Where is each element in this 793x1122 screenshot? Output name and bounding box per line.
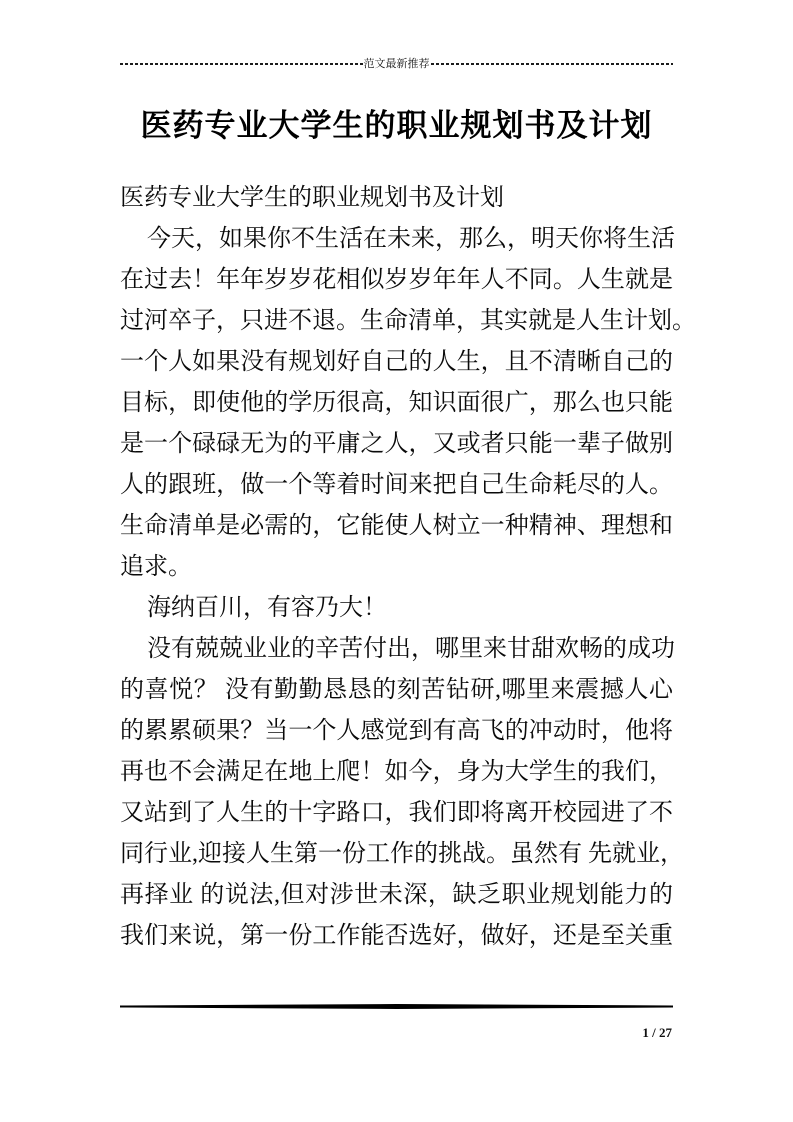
document-body: 医药专业大学生的职业规划书及计划今天，如果你不生活在未来，那么，明天你将生活在过…: [120, 178, 673, 957]
header-label: 范文最新推荐: [363, 57, 431, 71]
header-dash-line-left: [120, 63, 363, 65]
body-line: 的累累硕果？当一个人感觉到有高飞的冲动时，他将: [120, 711, 673, 752]
body-line: 在过去！年年岁岁花相似岁岁年年人不同。人生就是: [120, 260, 673, 301]
body-line: 我们来说，第一份工作能否选好，做好，还是至关重: [120, 916, 673, 957]
body-line: 过河卒子，只进不退。生命清单，其实就是人生计划。: [120, 301, 673, 342]
body-line: 生命清单是必需的，它能使人树立一种精神、理想和: [120, 506, 673, 547]
footer-rule-line: [120, 1004, 673, 1009]
body-line: 是一个碌碌无为的平庸之人，又或者只能一辈子做别: [120, 424, 673, 465]
body-line: 人的跟班，做一个等着时间来把自己生命耗尽的人。: [120, 465, 673, 506]
body-line: 医药专业大学生的职业规划书及计划: [120, 178, 673, 219]
body-line: 今天，如果你不生活在未来，那么，明天你将生活: [120, 219, 673, 260]
body-line: 追求。: [120, 547, 673, 588]
header-dash-line-right: [431, 63, 674, 65]
document-page: 范文最新推荐 医药专业大学生的职业规划书及计划 医药专业大学生的职业规划书及计划…: [0, 0, 793, 1122]
document-title: 医药专业大学生的职业规划书及计划: [60, 105, 733, 147]
body-line: 又站到了人生的十字路口，我们即将离开校园进了不: [120, 793, 673, 834]
body-line: 一个人如果没有规划好自己的人生，且不清晰自己的: [120, 342, 673, 383]
body-line: 海纳百川，有容乃大！: [120, 588, 673, 629]
page-header: 范文最新推荐: [120, 54, 673, 74]
body-line: 目标，即使他的学历很高，知识面很广，那么也只能: [120, 383, 673, 424]
body-line: 再择业 的说法,但对涉世未深，缺乏职业规划能力的: [120, 875, 673, 916]
page-number: 1 / 27: [642, 1025, 672, 1041]
body-line: 再也不会满足在地上爬！如今，身为大学生的我们，: [120, 752, 673, 793]
body-line: 没有兢兢业业的辛苦付出，哪里来甘甜欢畅的成功: [120, 629, 673, 670]
body-line: 同行业,迎接人生第一份工作的挑战。虽然有 先就业，: [120, 834, 673, 875]
body-line: 的喜悦？ 没有勤勤恳恳的刻苦钻研,哪里来震撼人心: [120, 670, 673, 711]
